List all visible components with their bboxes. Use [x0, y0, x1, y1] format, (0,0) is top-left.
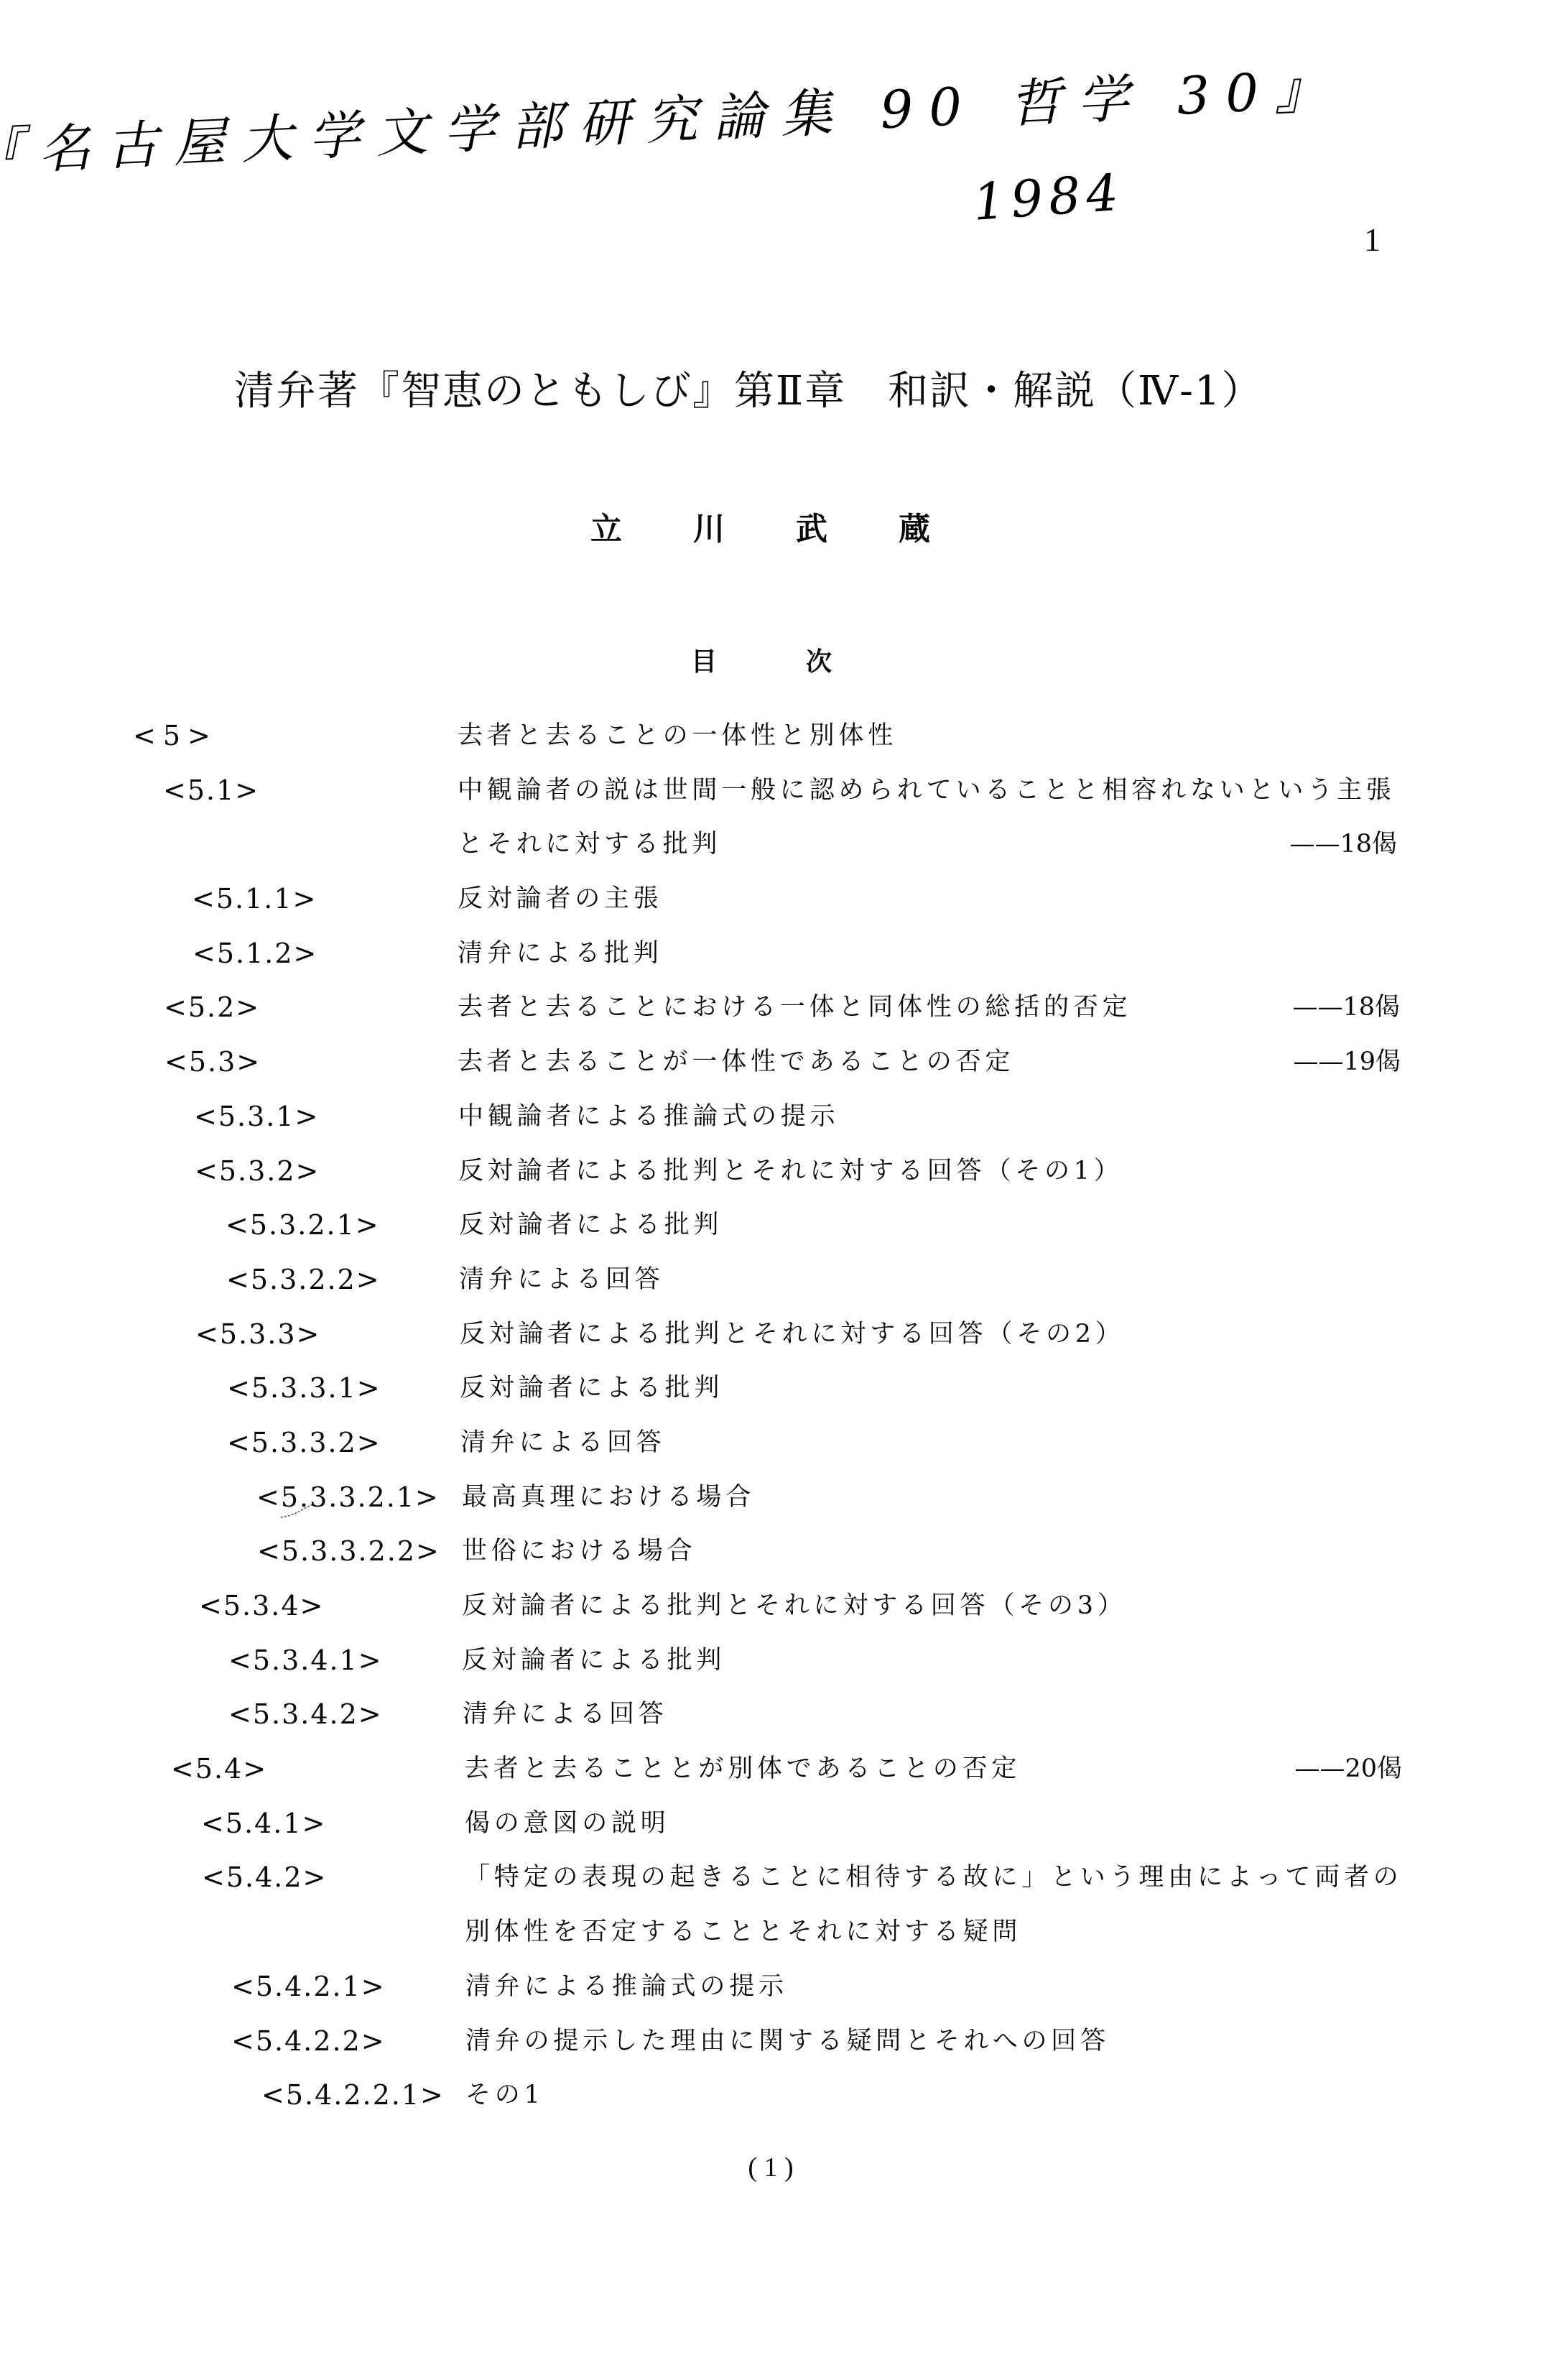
- toc-entry-title: 反対論者による批判: [462, 1634, 725, 1688]
- toc-entry-label: <5.3.4>: [199, 1579, 324, 1634]
- toc-entry-title: 中観論者の説は世間一般に認められていることと相容れないという主張: [458, 764, 1396, 818]
- toc-entry: <5.3.2.1> 反対論者による批判: [0, 1198, 1568, 1253]
- toc-entry-title: 去者と去ることが一体性であることの否定: [458, 1035, 1014, 1090]
- toc-entry-label: <5.3.2>: [195, 1144, 320, 1199]
- toc-entry-label: <5.3.3.2.2>: [257, 1525, 440, 1579]
- toc-entry-title: 中観論者による推論式の提示: [458, 1090, 839, 1144]
- page-number-bottom: ( 1 ): [699, 2154, 843, 2181]
- toc-verse-ref: ——18偈: [1289, 818, 1397, 872]
- toc-entry-title: 去者と去ることの一体性と別体性: [458, 709, 897, 764]
- toc-entry-title: 反対論者の主張: [458, 872, 663, 927]
- toc-entry-title: 「特定の表現の起きることに相待する故に」という理由によって両者の: [465, 1851, 1403, 1905]
- toc-entry: <5.4.2.2> 清弁の提示した理由に関する疑問とそれへの回答: [0, 2014, 1568, 2069]
- toc-entry: <5.3.2.2> 清弁による回答: [0, 1253, 1568, 1308]
- toc-entry-label: <5.3.4.1>: [228, 1634, 383, 1688]
- toc-entry-title: 清弁による批判: [458, 927, 663, 981]
- toc-entry: <5.3.3.2.1> 最高真理における場合: [0, 1471, 1568, 1525]
- toc-entry-title: 反対論者による批判: [460, 1361, 723, 1416]
- toc-entry: <5.1.1> 反対論者の主張: [0, 872, 1568, 927]
- toc-heading: 目次: [691, 649, 921, 675]
- toc-entry-title: その1: [465, 2068, 544, 2123]
- toc-entry-label: <5.1>: [163, 764, 259, 818]
- toc-entry-continuation: とそれに対する批判 ——18偈: [0, 818, 1568, 872]
- toc-entry-label: <5.3.2.2>: [226, 1253, 381, 1308]
- toc-entry: <5.3.4.2> 清弁による回答: [0, 1688, 1568, 1742]
- toc-entry-title-continued: 別体性を否定することとそれに対する疑問: [465, 1905, 1021, 1960]
- toc-entry: <5.3> 去者と去ることが一体性であることの否定 ——19偈: [0, 1035, 1568, 1090]
- toc-entry-label: <5.3.1>: [194, 1090, 319, 1144]
- page-number-top: 1: [1364, 223, 1381, 256]
- toc-entry: <5.1> 中観論者の説は世間一般に認められていることと相容れないという主張: [0, 764, 1568, 818]
- toc-entry-continuation: 別体性を否定することとそれに対する疑問: [0, 1905, 1568, 1960]
- toc-entry: <5.1.2> 清弁による批判: [0, 927, 1568, 981]
- handwritten-source-note: 『名古屋大学文学部研究論集 90 哲学 30』: [0, 63, 1342, 179]
- toc-entry-label: <5.4>: [171, 1742, 267, 1797]
- toc-entry: <5.3.1> 中観論者による推論式の提示: [0, 1090, 1568, 1144]
- handwritten-year: 1984: [971, 166, 1126, 228]
- toc-entry-label: <5.3>: [164, 1035, 261, 1090]
- toc-entry-label: <5.3.4.2>: [228, 1688, 383, 1742]
- toc-entry-title: 清弁による回答: [460, 1416, 666, 1471]
- toc-verse-ref: ——18偈: [1292, 981, 1400, 1035]
- toc-entry-label: <5.4.1>: [201, 1797, 326, 1851]
- toc-entry: <5.4.2.1> 清弁による推論式の提示: [0, 1960, 1568, 2014]
- toc-entry-title: 清弁による推論式の提示: [465, 1960, 788, 2014]
- toc-verse-ref: ——20偈: [1294, 1742, 1402, 1797]
- toc-entry: <5.2> 去者と去ることにおける一体と同体性の総括的否定 ——18偈: [0, 981, 1568, 1035]
- toc-entry-title: 去者と去ることにおける一体と同体性の総括的否定: [458, 981, 1131, 1035]
- toc-entry: <5.4.1> 偈の意図の説明: [0, 1797, 1568, 1851]
- toc-entry: <5> 去者と去ることの一体性と別体性: [0, 709, 1568, 764]
- toc-entry: <5.4> 去者と去ることとが別体であることの否定 ——20偈: [0, 1742, 1568, 1797]
- toc-entry-title: 世俗における場合: [462, 1525, 696, 1579]
- toc-entry-label: <5.4.2.1>: [231, 1960, 386, 2014]
- toc-entry-title: 清弁の提示した理由に関する疑問とそれへの回答: [465, 2014, 1110, 2069]
- toc-entry-title: 反対論者による批判とそれに対する回答（その3）: [462, 1579, 1127, 1634]
- toc-entry: <5.4.2.2.1> その1: [0, 2068, 1568, 2123]
- toc-entry-label: <5.3.3.2>: [227, 1416, 381, 1471]
- toc-entry-label: <5.3.2.1>: [226, 1198, 380, 1253]
- toc-entry-title: 偈の意図の説明: [465, 1797, 670, 1851]
- toc-entry-label: <5>: [133, 709, 218, 764]
- scanned-page: 『名古屋大学文学部研究論集 90 哲学 30』 1984 1 清弁著『智恵のとも…: [0, 0, 1568, 2378]
- toc-entry-label: <5.4.2.2.1>: [261, 2068, 445, 2123]
- toc-entry: <5.3.4.1> 反対論者による批判: [0, 1634, 1568, 1688]
- toc-entry: <5.3.2> 反対論者による批判とそれに対する回答（その1）: [0, 1144, 1568, 1199]
- toc-entry-label: <5.2>: [164, 981, 260, 1035]
- toc-entry: <5.3.3.1> 反対論者による批判: [0, 1361, 1568, 1416]
- table-of-contents: <5> 去者と去ることの一体性と別体性 <5.1> 中観論者の説は世間一般に認め…: [0, 709, 1568, 2123]
- toc-entry-title-continued: とそれに対する批判: [458, 818, 721, 872]
- pencil-mark-icon: [279, 1502, 316, 1520]
- toc-entry-title: 清弁による回答: [459, 1253, 664, 1308]
- toc-entry: <5.3.4> 反対論者による批判とそれに対する回答（その3）: [0, 1579, 1568, 1634]
- article-title: 清弁著『智恵のともしび』第Ⅱ章 和訳・解説（Ⅳ-1）: [234, 371, 1263, 412]
- toc-entry: <5.3.3> 反対論者による批判とそれに対する回答（その2）: [0, 1308, 1568, 1362]
- toc-entry-label: <5.1.2>: [192, 927, 317, 981]
- toc-entry: <5.4.2> 「特定の表現の起きることに相待する故に」という理由によって両者の: [0, 1851, 1568, 1905]
- toc-entry-label: <5.1.1>: [192, 872, 317, 927]
- toc-entry-title: 最高真理における場合: [462, 1471, 755, 1525]
- toc-verse-ref: ——19偈: [1293, 1035, 1401, 1090]
- toc-entry-label: <5.3.3.1>: [227, 1361, 381, 1416]
- toc-entry-title: 去者と去ることとが別体であることの否定: [464, 1742, 1021, 1797]
- toc-entry: <5.3.3.2.2> 世俗における場合: [0, 1525, 1568, 1579]
- toc-entry: <5.3.3.2> 清弁による回答: [0, 1416, 1568, 1471]
- toc-entry-title: 反対論者による批判とそれに対する回答（その1）: [458, 1144, 1123, 1199]
- toc-entry-label: <5.4.2>: [202, 1851, 327, 1905]
- toc-entry-title: 清弁による回答: [463, 1688, 668, 1742]
- toc-entry-title: 反対論者による批判: [459, 1198, 723, 1253]
- toc-entry-label: <5.4.2.2>: [231, 2014, 386, 2069]
- toc-entry-label: <5.3.3>: [195, 1308, 320, 1362]
- author-name: 立川武蔵: [590, 514, 1001, 545]
- toc-entry-title: 反対論者による批判とそれに対する回答（その2）: [460, 1308, 1125, 1362]
